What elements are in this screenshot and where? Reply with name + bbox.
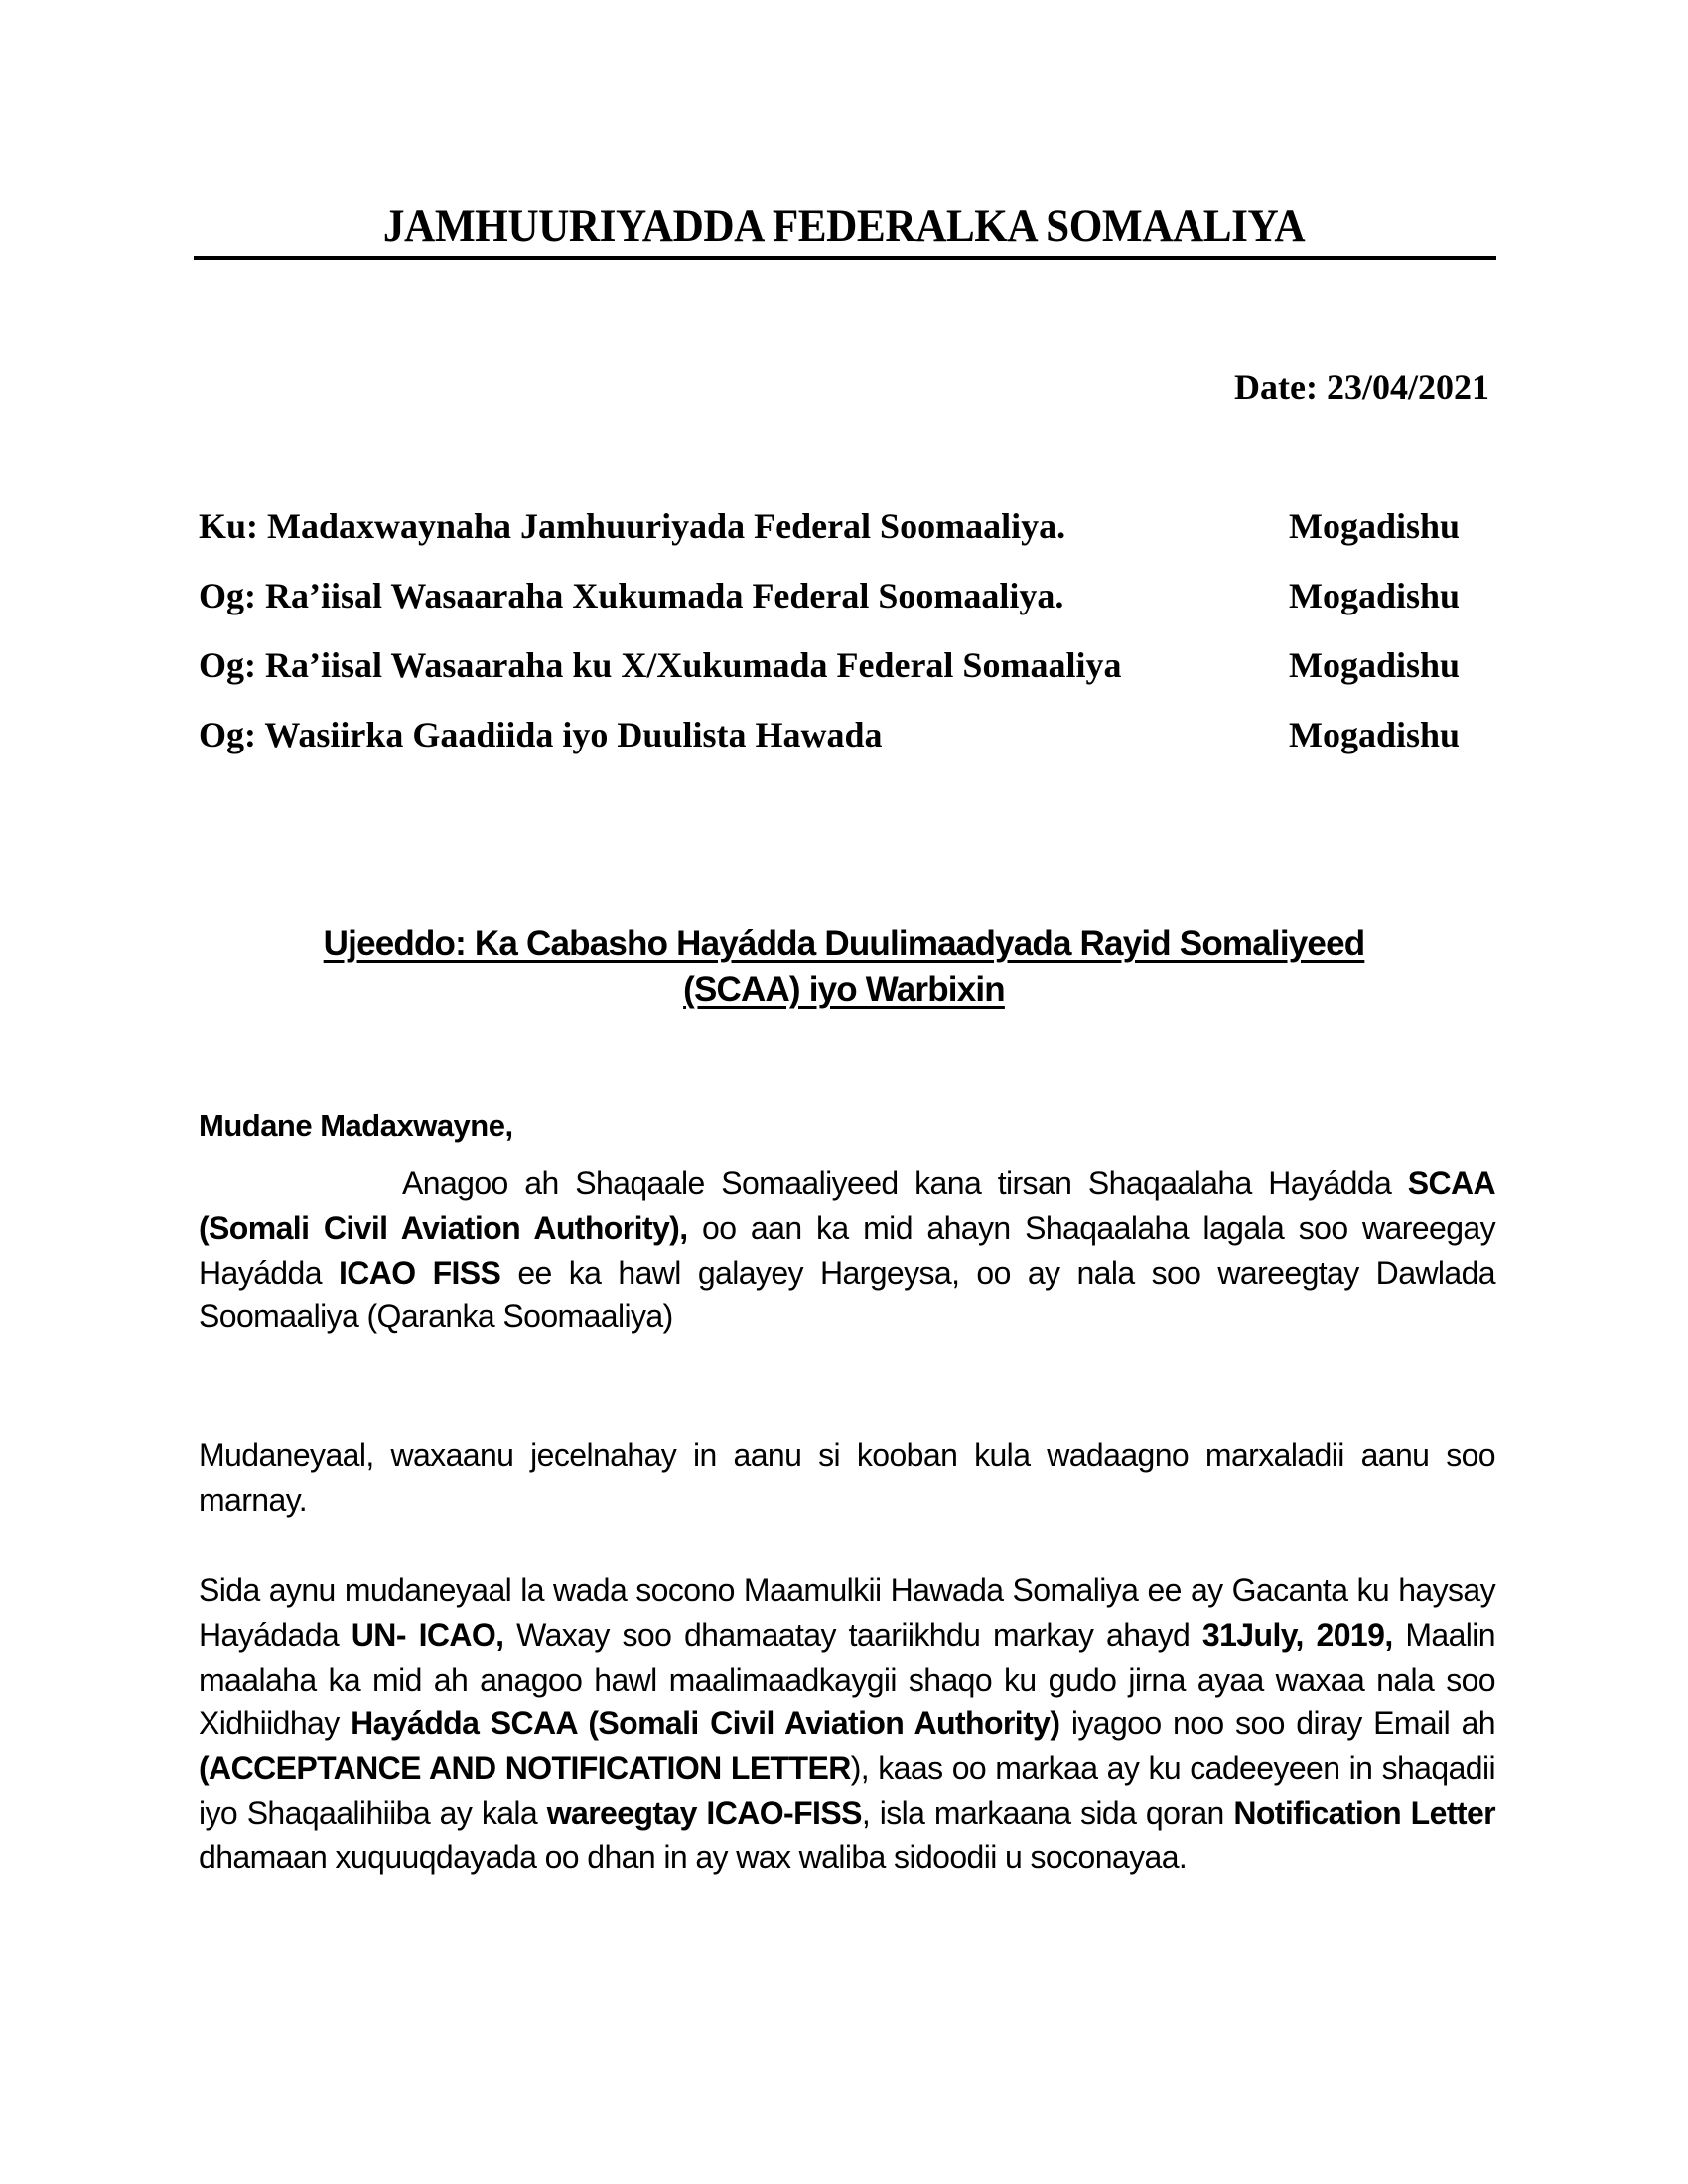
emphasized-text: Notification Letter [1233,1795,1495,1831]
letter-date: Date: 23/04/2021 [1234,365,1489,409]
emphasized-text: (ACCEPTANCE AND NOTIFICATION LETTER [199,1750,851,1786]
emphasized-text: UN- ICAO, [352,1617,504,1653]
subject-line-2: (SCAA) iyo Warbixin [683,970,1005,1009]
recipient-row: Ku: Madaxwaynaha Jamhuuriyada Federal So… [199,504,1489,574]
subject-line-1: Ujeeddo: Ka Cabasho Hayádda Duulimaadyad… [324,924,1365,963]
recipient-row: Og: Wasiirka Gaadiida iyo Duulista Hawad… [199,713,1489,782]
letterhead-title: JAMHUURIYADDA FEDERALKA SOMAALIYA [245,199,1442,254]
recipient-row: Og: Ra’iisal Wasaaraha ku X/Xukumada Fed… [199,643,1489,713]
body-paragraph: Sida aynu mudaneyaal la wada socono Maam… [199,1569,1495,1880]
body-text: Waxay soo dhamaatay taariikhdu markay ah… [503,1617,1201,1653]
recipient-name: Og: Wasiirka Gaadiida iyo Duulista Hawad… [199,713,882,756]
body-text: , isla markaana sida qoran [862,1795,1233,1831]
recipient-row: Og: Ra’iisal Wasaaraha Xukumada Federal … [199,574,1489,643]
letterhead-divider [194,256,1496,260]
recipient-city: Mogadishu [1289,504,1460,548]
body-paragraph: Mudaneyaal, waxaanu jecelnahay in aanu s… [199,1433,1495,1523]
body-text: Anagoo ah Shaqaale Somaaliyeed kana tirs… [402,1165,1408,1201]
recipient-city: Mogadishu [1289,643,1460,687]
recipient-name: Og: Ra’iisal Wasaaraha ku X/Xukumada Fed… [199,643,1121,687]
recipient-city: Mogadishu [1289,713,1460,756]
body-text: iyagoo noo soo diray Email ah [1059,1706,1495,1741]
salutation: Mudane Madaxwayne, [199,1106,513,1146]
letter-page: JAMHUURIYADDA FEDERALKA SOMAALIYA Date: … [0,0,1688,2184]
body-text: Mudaneyaal, waxaanu jecelnahay in aanu s… [199,1437,1495,1518]
emphasized-text: Hayádda SCAA (Somali Civil Aviation Auth… [351,1706,1059,1741]
body-paragraph: Anagoo ah Shaqaale Somaaliyeed kana tirs… [199,1161,1495,1339]
recipient-name: Og: Ra’iisal Wasaaraha Xukumada Federal … [199,574,1063,617]
recipient-list: Ku: Madaxwaynaha Jamhuuriyada Federal So… [199,504,1489,782]
subject-heading: Ujeeddo: Ka Cabasho Hayádda Duulimaadyad… [199,921,1489,1013]
recipient-name: Ku: Madaxwaynaha Jamhuuriyada Federal So… [199,504,1065,548]
recipient-city: Mogadishu [1289,574,1460,617]
body-text: dhamaan xuquuqdayada oo dhan in ay wax w… [199,1840,1187,1875]
emphasized-text: 31July, 2019, [1202,1617,1393,1653]
emphasized-text: ICAO FISS [339,1255,500,1291]
emphasized-text: wareegtay ICAO-FISS [547,1795,862,1831]
